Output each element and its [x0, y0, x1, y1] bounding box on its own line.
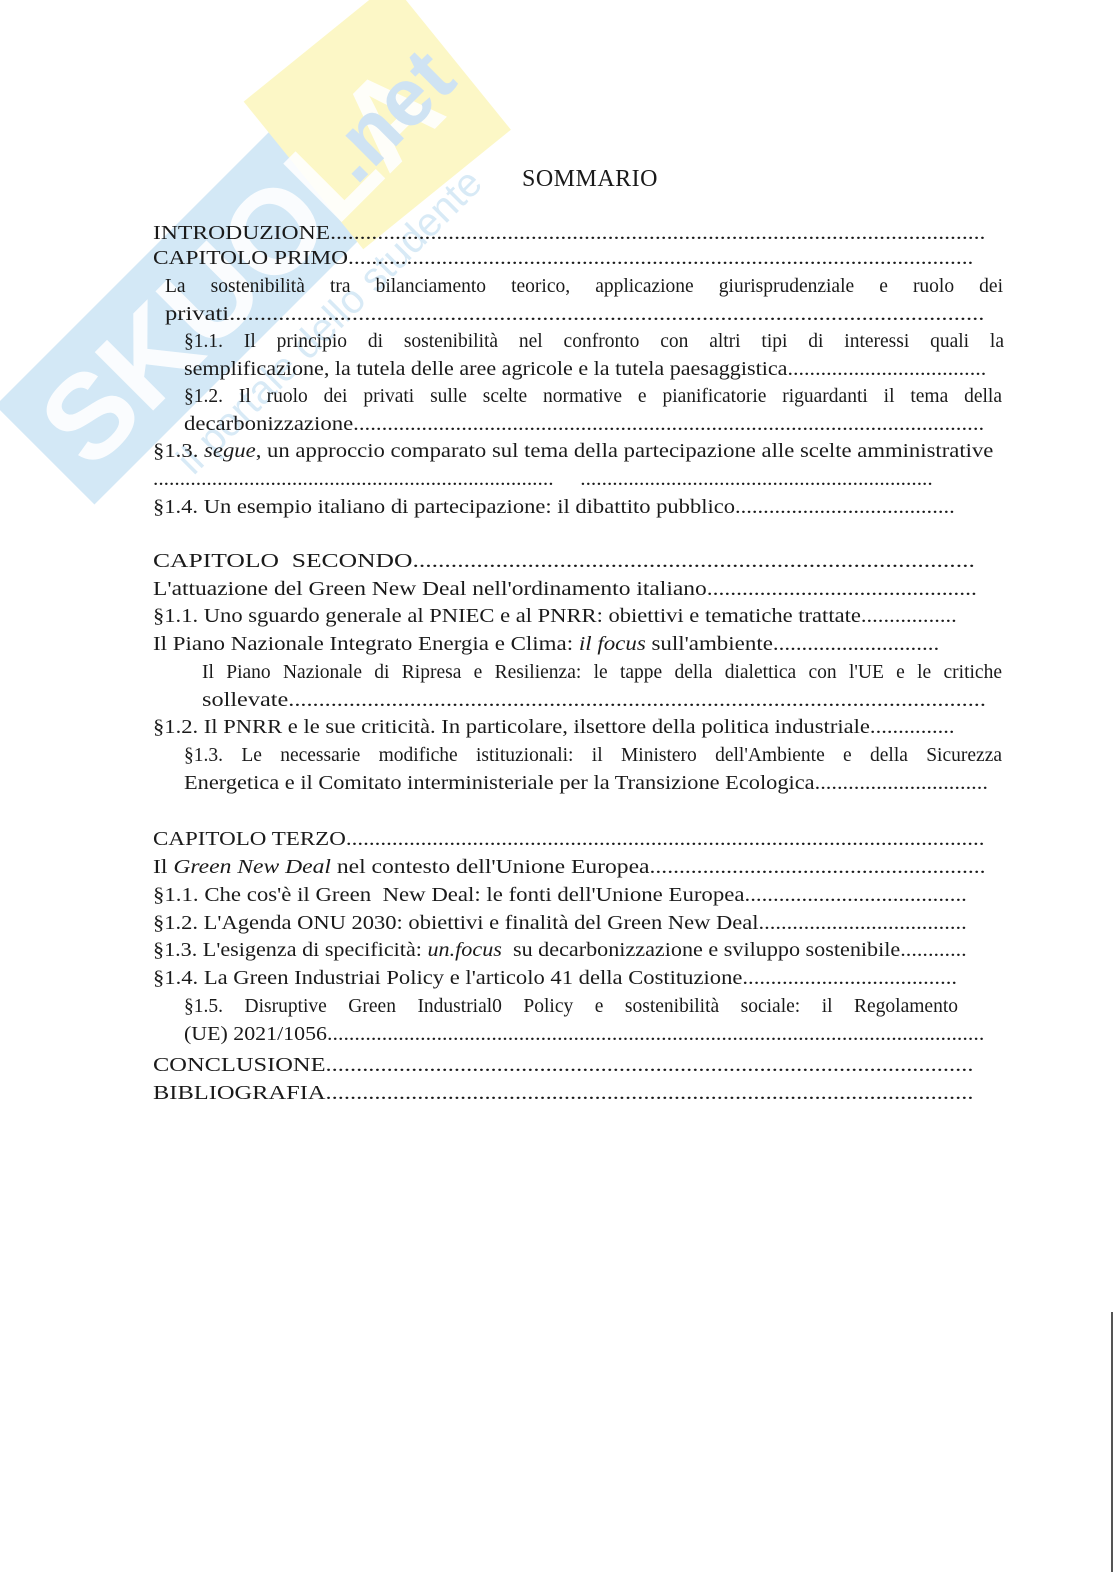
- leader-dots: ........................................: [744, 885, 967, 906]
- leader-dots: ........................................…: [326, 1055, 973, 1076]
- toc-entry[interactable]: (UE) 2021/1056..........................…: [184, 1021, 984, 1049]
- leader-dots: ........................................…: [412, 551, 975, 572]
- toc-entry[interactable]: semplificazione, la tutela delle aree ag…: [184, 356, 986, 384]
- toc-entry-text: §1.2. L'Agenda ONU 2030: obiettivi e fin…: [153, 910, 967, 938]
- toc-entry[interactable]: INTRODUZIONE............................…: [153, 220, 985, 248]
- leader-dots: ........................................…: [153, 469, 933, 490]
- toc-entry[interactable]: §1.2. Il ruolo dei privati sulle scelte …: [184, 383, 1002, 411]
- toc-entry[interactable]: Il Piano Nazionale Integrato Energia e C…: [153, 631, 939, 659]
- leader-dots: ...............................: [815, 773, 988, 794]
- leader-dots: ........................................…: [330, 223, 985, 244]
- toc-entry[interactable]: CAPITOLO SECONDO........................…: [153, 548, 975, 576]
- toc-entry-text: §1.5. Disruptive Green Industrial0 Polic…: [184, 993, 958, 1021]
- page-title: SOMMARIO: [0, 166, 1116, 193]
- toc-entry-text: Il Green New Deal nel contesto dell'Unio…: [153, 854, 985, 882]
- toc-entry[interactable]: sollevate...............................…: [202, 687, 986, 715]
- document-page: SKUOLA .net il portale dello studente SO…: [0, 0, 1116, 1579]
- toc-entry[interactable]: §1.1. Che cos'è il Green New Deal: le fo…: [153, 882, 967, 910]
- toc-entry[interactable]: §1.3. Le necessarie modifiche istituzion…: [184, 742, 1002, 770]
- toc-entry-text: §1.1. Il principio di sostenibilità nel …: [184, 328, 1004, 356]
- toc-entry[interactable]: CONCLUSIONE.............................…: [153, 1052, 973, 1080]
- toc-entry-text: §1.2. Il PNRR e le sue criticità. In par…: [153, 714, 955, 742]
- toc-entry[interactable]: §1.5. Disruptive Green Industrial0 Polic…: [184, 993, 958, 1021]
- leader-dots: ........................................…: [327, 1024, 984, 1045]
- toc-entry-text: privati.................................…: [165, 301, 984, 329]
- toc-entry[interactable]: Il Green New Deal nel contesto dell'Unio…: [153, 854, 985, 882]
- toc-entry-text: Energetica e il Comitato interministeria…: [184, 770, 988, 798]
- toc-entry-text: ........................................…: [153, 466, 933, 494]
- toc-entry[interactable]: §1.2. Il PNRR e le sue criticità. In par…: [153, 714, 955, 742]
- leader-dots: ........................................…: [650, 857, 985, 878]
- toc-entry[interactable]: §1.2. L'Agenda ONU 2030: obiettivi e fin…: [153, 910, 967, 938]
- leader-dots: ......................................: [742, 968, 957, 989]
- toc-entry-text: §1.3. segue, un approccio comparato sul …: [153, 438, 993, 466]
- toc-entry[interactable]: §1.3. segue, un approccio comparato sul …: [153, 438, 993, 466]
- toc-entry[interactable]: ........................................…: [153, 466, 933, 494]
- toc-entry[interactable]: §1.3. L'esigenza di specificità: un.focu…: [153, 937, 967, 965]
- toc-entry-text: §1.4. Un esempio italiano di partecipazi…: [153, 494, 955, 522]
- toc-entry-text: CAPITOLO PRIMO..........................…: [153, 245, 973, 273]
- toc-entry-text: La sostenibilità tra bilanciamento teori…: [165, 273, 1003, 301]
- toc-entry[interactable]: Energetica e il Comitato interministeria…: [184, 770, 988, 798]
- toc-entry-text: §1.3. L'esigenza di specificità: un.focu…: [153, 937, 967, 965]
- toc-entry-text: CONCLUSIONE.............................…: [153, 1052, 973, 1080]
- leader-dots: ........................................…: [326, 1083, 973, 1104]
- toc-entry-text: semplificazione, la tutela delle aree ag…: [184, 356, 986, 384]
- toc-entry[interactable]: Il Piano Nazionale di Ripresa e Resilien…: [202, 659, 1002, 687]
- toc-entry[interactable]: §1.4. Un esempio italiano di partecipazi…: [153, 494, 955, 522]
- toc-entry[interactable]: §1.4. La Green Industriai Policy e l'art…: [153, 965, 957, 993]
- toc-entry-text: §1.4. La Green Industriai Policy e l'art…: [153, 965, 957, 993]
- toc-entry[interactable]: §1.1. Uno sguardo generale al PNIEC e al…: [153, 603, 957, 631]
- leader-dots: ........................................…: [288, 690, 986, 711]
- toc-entry-text: CAPITOLO TERZO..........................…: [153, 826, 984, 854]
- toc-entry-text: sollevate...............................…: [202, 687, 986, 715]
- toc-entry-text: CAPITOLO SECONDO........................…: [153, 548, 975, 576]
- toc-entry[interactable]: BIBLIOGRAFIA............................…: [153, 1080, 973, 1108]
- leader-dots: ........................................…: [353, 414, 984, 435]
- toc-entry-text: §1.2. Il ruolo dei privati sulle scelte …: [184, 383, 1002, 411]
- leader-dots: ...............: [870, 717, 955, 738]
- leader-dots: ........................................…: [346, 829, 985, 850]
- toc-entry-text: BIBLIOGRAFIA............................…: [153, 1080, 973, 1108]
- toc-entry-text: Il Piano Nazionale Integrato Energia e C…: [153, 631, 939, 659]
- toc-entry-text: decarbonizzazione.......................…: [184, 411, 984, 439]
- toc-entry[interactable]: L'attuazione del Green New Deal nell'ord…: [153, 576, 977, 604]
- toc-entry-text: §1.1. Che cos'è il Green New Deal: le fo…: [153, 882, 967, 910]
- toc-entry-text: §1.3. Le necessarie modifiche istituzion…: [184, 742, 1002, 770]
- leader-dots: ........................................…: [707, 579, 977, 600]
- toc-entry-text: Il Piano Nazionale di Ripresa e Resilien…: [202, 659, 1002, 687]
- leader-dots: ........................................…: [229, 304, 984, 325]
- toc-entry-text: INTRODUZIONE............................…: [153, 220, 985, 248]
- toc-entry[interactable]: privati.................................…: [165, 301, 985, 329]
- leader-dots: .......................................: [735, 497, 955, 518]
- leader-dots: .................: [861, 606, 957, 627]
- toc-entry[interactable]: §1.1. Il principio di sostenibilità nel …: [184, 328, 1004, 356]
- toc-entry[interactable]: decarbonizzazione.......................…: [184, 411, 984, 439]
- toc-entry-text: (UE) 2021/1056..........................…: [184, 1021, 984, 1049]
- leader-dots: ........................................…: [348, 248, 973, 269]
- leader-dots: ....................................: [787, 359, 986, 380]
- leader-dots: .....................................: [759, 913, 967, 934]
- toc-entry-text: L'attuazione del Green New Deal nell'ord…: [153, 576, 977, 604]
- leader-dots: .............................: [773, 634, 939, 655]
- page-edge-line: [1111, 1312, 1113, 1572]
- toc-entry[interactable]: CAPITOLO TERZO..........................…: [153, 826, 985, 854]
- toc-entry-text: §1.1. Uno sguardo generale al PNIEC e al…: [153, 603, 957, 631]
- leader-dots: .............: [900, 940, 967, 961]
- toc-entry[interactable]: La sostenibilità tra bilanciamento teori…: [165, 273, 1003, 301]
- toc-entry[interactable]: CAPITOLO PRIMO..........................…: [153, 245, 973, 273]
